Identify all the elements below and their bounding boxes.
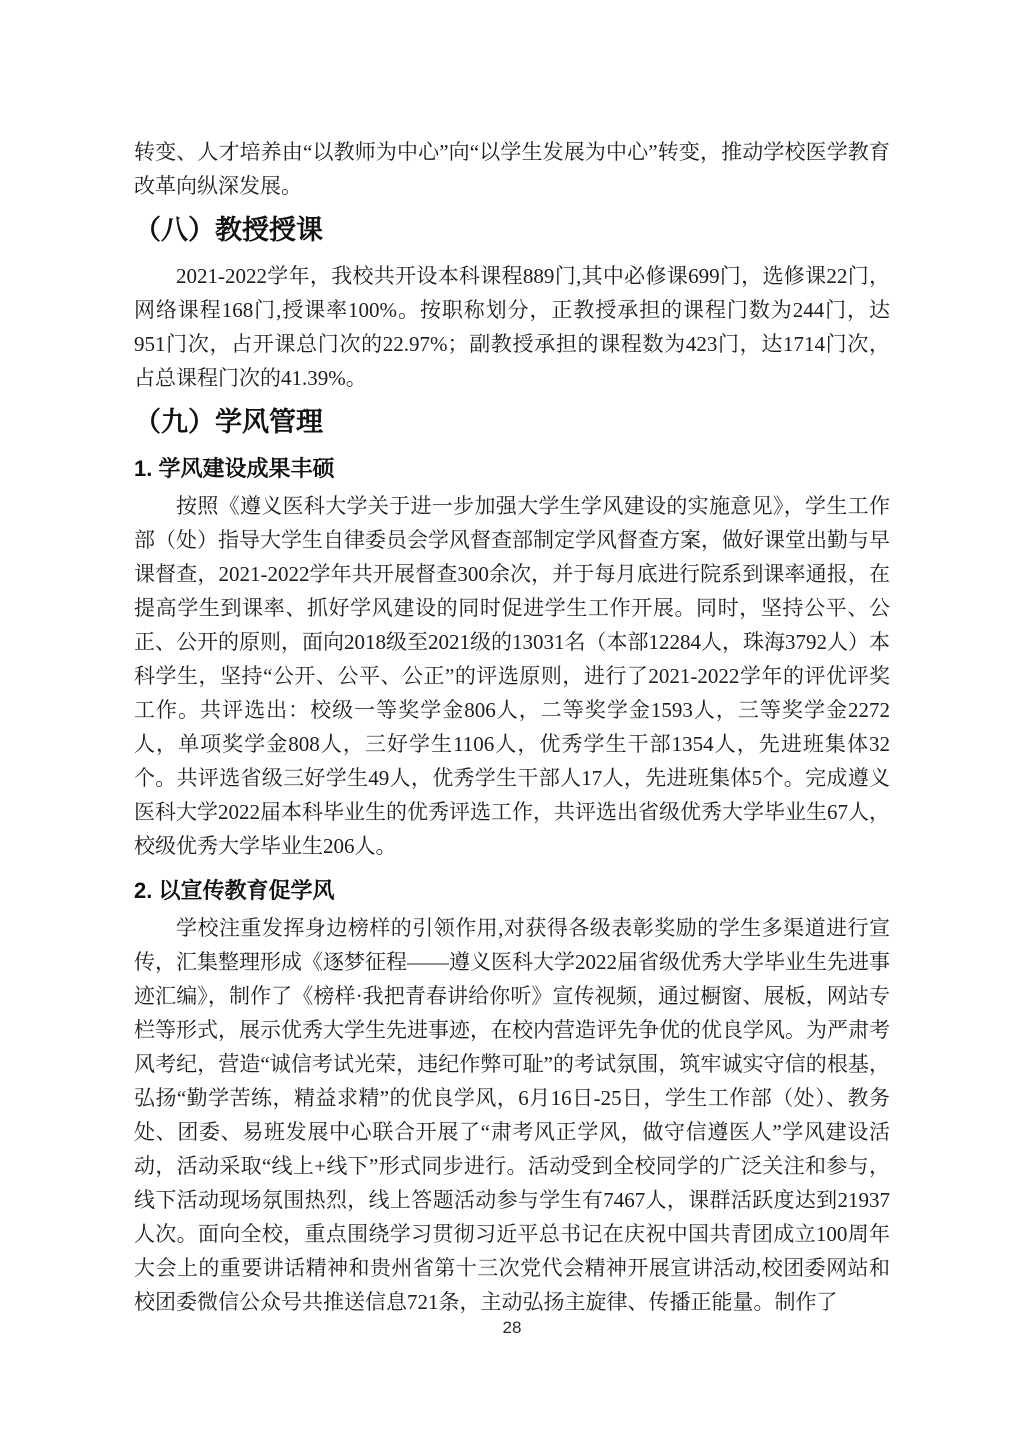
continuation-paragraph: 转变、人才培养由“以教师为中心”向“以学生发展为中心”转变，推动学校医学教育改革…	[134, 135, 890, 203]
section-9-heading: （九）学风管理	[134, 403, 890, 441]
page-footer: 28	[0, 1318, 1024, 1338]
subsection-2-paragraph: 学校注重发挥身边榜样的引领作用,对获得各级表彰奖励的学生多渠道进行宣传，汇集整理…	[134, 911, 890, 1319]
subsection-1-heading: 1. 学风建设成果丰硕	[134, 453, 890, 485]
subsection-1-paragraph: 按照《遵义医科大学关于进一步加强大学生学风建设的实施意见》，学生工作部（处）指导…	[134, 489, 890, 863]
page-number: 28	[503, 1318, 522, 1337]
document-page: 转变、人才培养由“以教师为中心”向“以学生发展为中心”转变，推动学校医学教育改革…	[0, 0, 1024, 1448]
subsection-2-heading: 2. 以宣传教育促学风	[134, 875, 890, 907]
section-8-heading: （八）教授授课	[134, 211, 890, 249]
section-8-paragraph: 2021-2022学年，我校共开设本科课程889门,其中必修课699门，选修课2…	[134, 259, 890, 395]
